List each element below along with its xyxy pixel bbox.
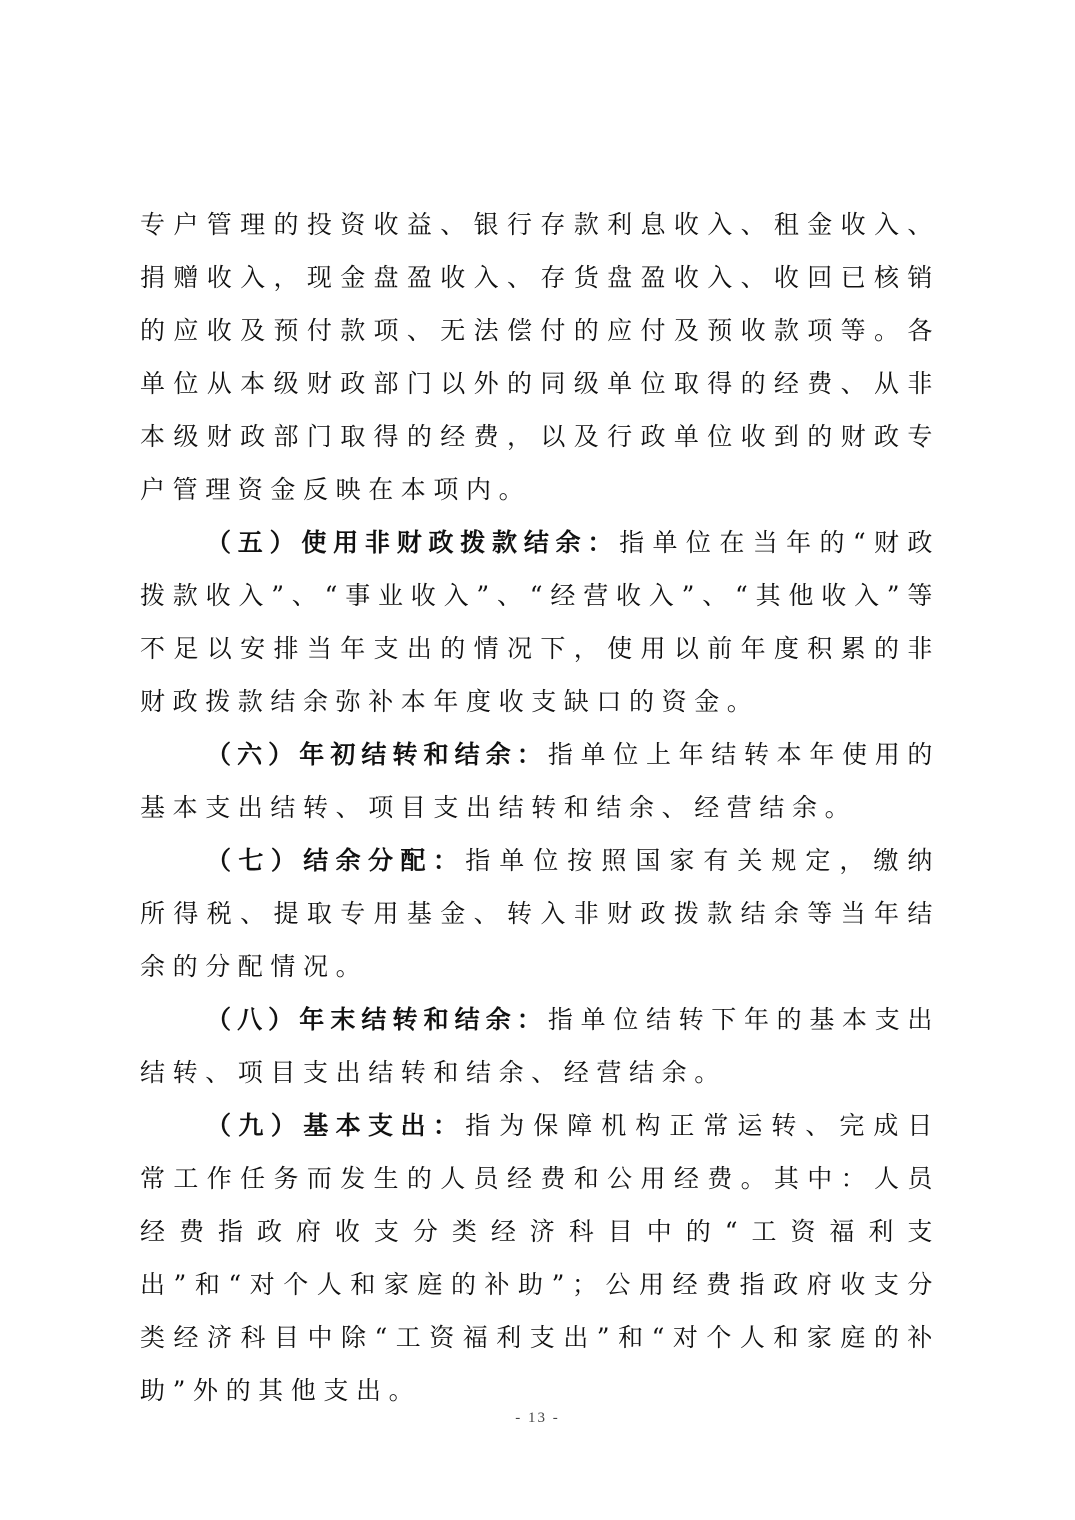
page-number: - 13 - xyxy=(0,1410,1075,1427)
paragraph-text: 指为保障机构正常运转、完成日常工作任务而发生的人员经费和公用经费。其中：人员经费… xyxy=(140,1111,940,1405)
term-heading: （五）使用非财政拨款结余： xyxy=(206,528,619,557)
paragraph-closing-carryover: （八）年末结转和结余：指单位结转下年的基本支出结转、项目支出结转和结余、经营结余… xyxy=(140,993,940,1099)
document-page: 专户管理的投资收益、银行存款利息收入、租金收入、捐赠收入，现金盘盈收入、存货盘盈… xyxy=(0,0,1075,1520)
term-heading: （七）结余分配： xyxy=(206,846,465,875)
term-heading: （八）年末结转和结余： xyxy=(206,1005,548,1034)
paragraph-text: 专户管理的投资收益、银行存款利息收入、租金收入、捐赠收入，现金盘盈收入、存货盘盈… xyxy=(140,210,940,504)
paragraph-opening-carryover: （六）年初结转和结余：指单位上年结转本年使用的基本支出结转、项目支出结转和结余、… xyxy=(140,728,940,834)
paragraph-non-fiscal-surplus-usage: （五）使用非财政拨款结余：指单位在当年的“财政拨款收入”、“事业收入”、“经营收… xyxy=(140,516,940,728)
term-heading: （六）年初结转和结余： xyxy=(206,740,548,769)
paragraph-basic-expenditure: （九）基本支出：指为保障机构正常运转、完成日常工作任务而发生的人员经费和公用经费… xyxy=(140,1099,940,1417)
term-heading: （九）基本支出： xyxy=(206,1111,465,1140)
document-body: 专户管理的投资收益、银行存款利息收入、租金收入、捐赠收入，现金盘盈收入、存货盘盈… xyxy=(140,198,940,1417)
paragraph-continued-income: 专户管理的投资收益、银行存款利息收入、租金收入、捐赠收入，现金盘盈收入、存货盘盈… xyxy=(140,198,940,516)
paragraph-surplus-distribution: （七）结余分配：指单位按照国家有关规定，缴纳所得税、提取专用基金、转入非财政拨款… xyxy=(140,834,940,993)
